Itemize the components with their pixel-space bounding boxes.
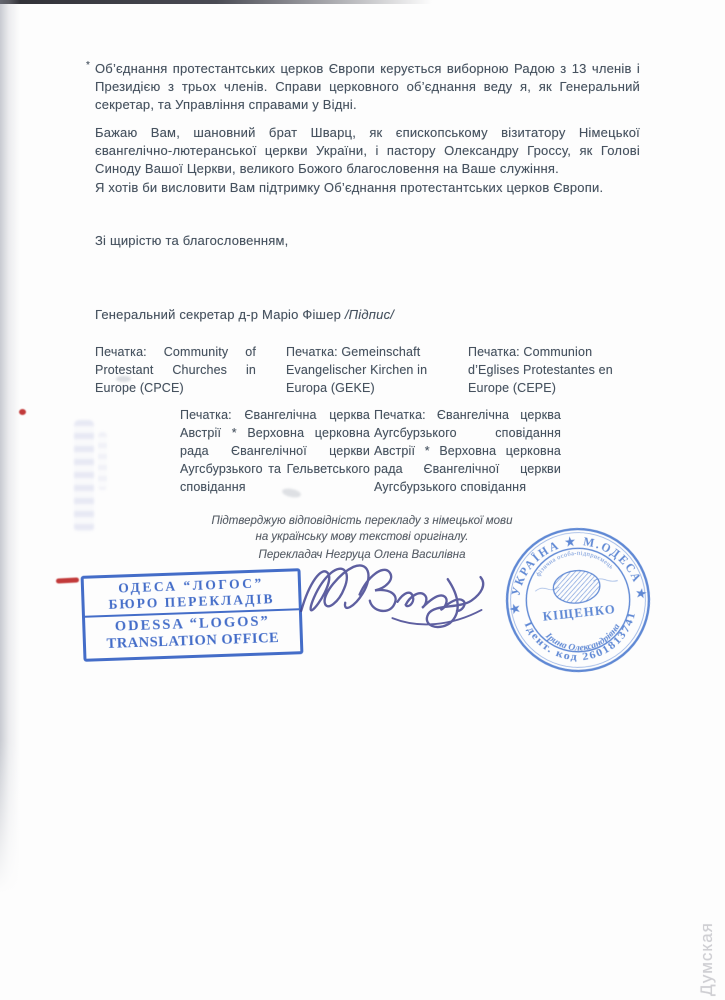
signature-note: /Підпис/ xyxy=(345,307,394,322)
notary-round-stamp: ★ УКРАЇНА ★ М.ОДЕСА ★ Ідент. код 2601813… xyxy=(494,516,661,683)
red-ink-dot xyxy=(19,409,26,415)
seal-note-geke: Печатка: Gemeinschaft Evangelischer Kirc… xyxy=(286,343,458,397)
round-stamp-surname: КІЩЕНКО xyxy=(542,602,617,624)
seal-note-church-austria-1: Печатка: Євангелічна церква Австрії * Ве… xyxy=(180,406,370,496)
seal-note-church-austria-2: Печатка: Євангелічна церква Аугсбурзьког… xyxy=(374,406,561,496)
scanned-page: * Об’єднання протестантських церков Євро… xyxy=(0,0,725,1000)
body-paragraph-3: Я хотів би висловити Вам підтримку Об’єд… xyxy=(95,179,655,197)
body-paragraph-2: Бажаю Вам, шановний брат Шварц, як єписк… xyxy=(95,124,640,178)
red-ink-dash xyxy=(56,577,79,583)
bleedthrough-imprint xyxy=(74,420,94,532)
bleedthrough-imprint-2 xyxy=(98,432,107,490)
scan-left-shadow-fade xyxy=(0,740,22,910)
certification-text: Підтверджую відповідність перекладу з ні… xyxy=(182,513,542,545)
signatory-line: Генеральний секретар д-р Маріо Фішер /Пі… xyxy=(95,306,595,324)
round-stamp-emblem-oval xyxy=(552,568,602,605)
footnote-marker: * xyxy=(86,57,90,75)
certification-line-2: на українську мову текстові оригіналу. xyxy=(182,529,542,545)
closing-line: Зі щирістю та благословенням, xyxy=(95,232,495,250)
scan-top-edge xyxy=(0,0,432,4)
handwritten-signature xyxy=(295,550,500,635)
body-paragraph-1: Об’єднання протестантських церков Європи… xyxy=(95,60,640,114)
signatory-title: Генеральний секретар д-р Маріо Фішер xyxy=(95,307,341,322)
seal-note-cepe: Печатка: Communion d’Eglises Protestante… xyxy=(468,343,646,397)
seal-note-cpce: Печатка: Community of Protestant Churche… xyxy=(95,343,256,397)
certification-line-1: Підтверджую відповідність перекладу з ні… xyxy=(182,513,542,529)
translation-office-stamp: ОДЕСА “ЛОГОС” БЮРО ПЕРЕКЛАДІВ ODESSA “LO… xyxy=(81,568,304,662)
watermark: Думская xyxy=(697,916,717,996)
